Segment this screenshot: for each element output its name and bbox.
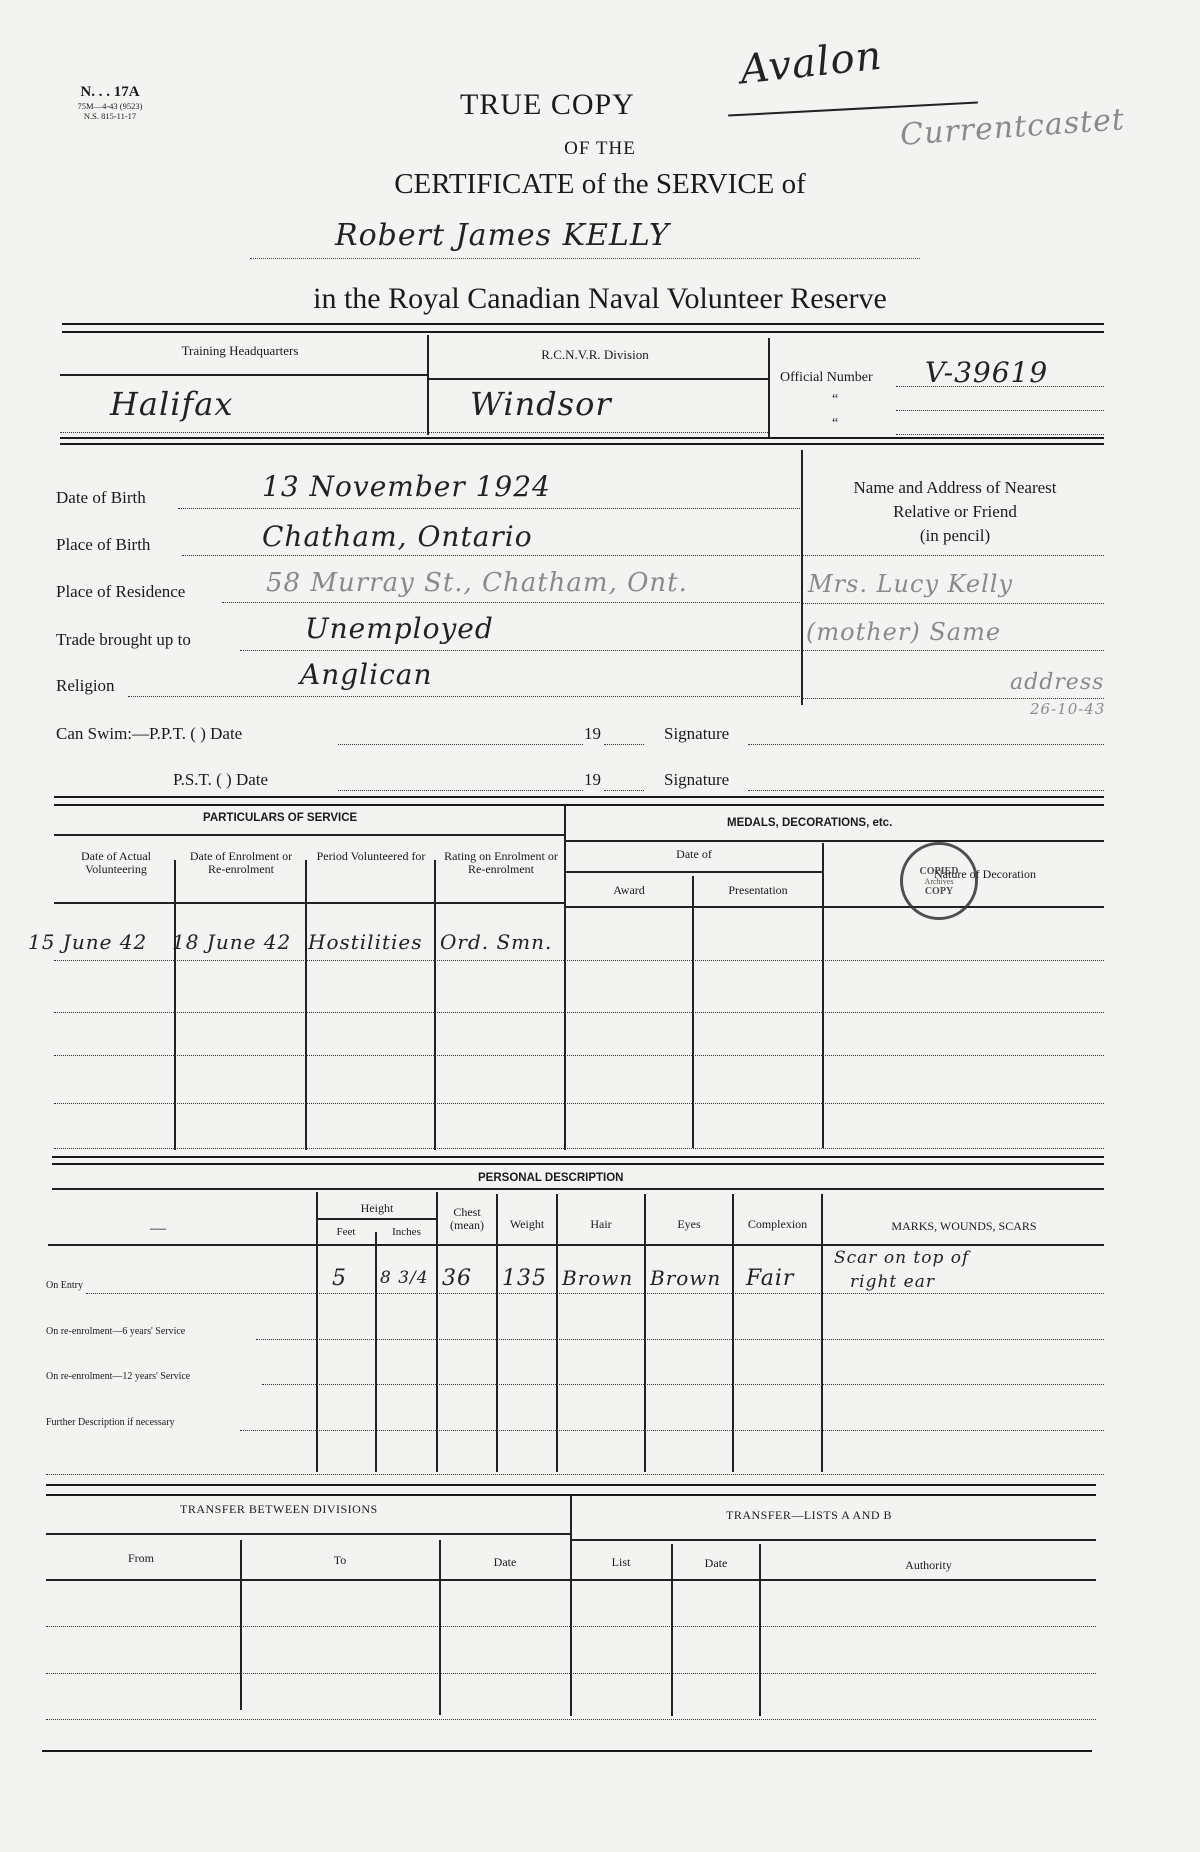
dotted-line [128,696,800,697]
description-title: PERSONAL DESCRIPTION [478,1172,623,1184]
divider [54,804,1104,806]
medals-award: Award [566,884,692,897]
transfer-divisions-title: TRANSFER BETWEEN DIVISIONS [180,1502,378,1517]
row-label-6-years: On re-enrolment—6 years' Service [46,1326,185,1337]
dotted-line [240,1430,1104,1431]
dotted-line [54,1012,1104,1013]
dotted-line [801,555,1104,556]
divider [62,331,1104,333]
divider [48,1244,1104,1246]
divider [801,450,803,705]
annotation-ship: Avalon [738,33,884,94]
divider [564,840,1104,842]
nok-header-line: (in pencil) [805,524,1105,548]
entry-eyes: Brown [650,1266,721,1290]
row-label-further: Further Description if necessary [46,1417,175,1428]
divider [427,335,429,435]
list-date-header: Date [673,1557,759,1570]
dotted-line [46,1626,1096,1627]
divider [434,860,436,1150]
divider [570,1539,1096,1541]
archives-stamp: COPIED Archives COPY [900,842,978,920]
ditto-mark: “ [832,392,838,408]
service-volunteer-date: 15 June 42 [28,930,147,954]
eyes-header: Eyes [646,1218,732,1231]
pob-value: Chatham, Ontario [262,520,533,553]
row-label-on-entry: On Entry [46,1280,83,1291]
division-label: R.C.N.V.R. Division [430,348,760,361]
division-value: Windsor [470,385,612,423]
pob-label: Place of Birth [56,535,150,555]
ns-code: N.S. 815-11-17 [60,111,160,121]
entry-complexion: Fair [746,1266,794,1291]
dotted-line [240,650,800,651]
service-period: Hostilities [308,930,423,954]
divider [564,871,822,873]
dotted-line [182,555,800,556]
description-dash: — [150,1220,166,1238]
form-number: N. . . 17A [60,84,160,101]
entry-weight: 135 [502,1266,547,1291]
entry-marks-2: right ear [850,1272,935,1292]
form-codes: N. . . 17A 75M—4-43 (9523) N.S. 815-11-1… [60,84,160,121]
divider [768,338,770,438]
divider [52,1156,1104,1158]
transfer-lists-title: TRANSFER—LISTS A AND B [726,1508,892,1523]
marks-header: MARKS, WOUNDS, SCARS [824,1220,1104,1233]
divider [62,323,1104,325]
subtitle: in the Royal Canadian Naval Volunteer Re… [0,282,1200,316]
entry-hair: Brown [562,1266,633,1290]
dotted-line [54,1103,1104,1104]
trade-value: Unemployed [305,612,494,645]
divider [60,437,1104,439]
can-swim-label: Can Swim:—P.P.T. ( ) Date [56,724,242,744]
dotted-line [178,508,800,509]
dotted-line [54,1055,1104,1056]
signature-label: Signature [664,770,729,790]
divider [305,860,307,1150]
service-col-header: Rating on Enrolment or Re-enrolment [440,850,562,876]
training-hq-label: Training Headquarters [60,344,420,357]
divider [54,796,1104,798]
transfer-from-header: From [46,1552,236,1565]
dotted-line [86,1293,1104,1294]
divider [46,1533,570,1535]
divider [375,1232,377,1472]
divider [54,902,564,904]
member-name: Robert James KELLY [335,218,670,253]
residence-label: Place of Residence [56,582,185,602]
nok-header: Name and Address of Nearest Relative or … [805,476,1105,548]
service-title: PARTICULARS OF SERVICE [203,812,357,824]
nok-line-2: (mother) Same [806,618,1001,646]
feet-header: Feet [318,1226,374,1239]
height-header: Height [318,1202,436,1215]
weight-header: Weight [498,1218,556,1231]
nok-date: 26-10-43 [1030,700,1105,718]
divider [42,1750,1092,1752]
dotted-line [46,1474,1104,1475]
dotted-line [222,602,800,603]
dotted-line [46,1719,1096,1720]
divider [46,1484,1096,1486]
dotted-line [748,744,1104,745]
dotted-line [801,698,1104,699]
service-rating: Ord. Smn. [440,930,552,954]
nok-line-3: address [1010,670,1104,695]
dotted-line [748,790,1104,791]
nok-line-1: Mrs. Lucy Kelly [808,570,1013,598]
dotted-line [604,790,644,791]
official-number-value: V-39619 [925,356,1048,389]
hair-header: Hair [558,1218,644,1231]
divider [570,1496,572,1716]
dotted-line [801,603,1104,604]
service-col-header: Date of Actual Volunteering [60,850,172,876]
authority-header: Authority [761,1559,1096,1572]
print-code: 75M—4-43 (9523) [60,101,160,111]
name-line: Robert James KELLY [250,226,920,256]
religion-value: Anglican [300,658,433,691]
dob-value: 13 November 1924 [262,470,551,503]
of-the: OF THE [0,138,1200,160]
stamp-text: COPIED [920,866,959,877]
chest-header: Chest (mean) [438,1206,496,1232]
service-enrolment-date: 18 June 42 [172,930,291,954]
entry-marks-1: Scar on top of [834,1248,969,1268]
divider [174,860,176,1150]
divider [52,1163,1104,1165]
year-prefix: 19 [584,770,601,790]
year-prefix: 19 [584,724,601,744]
divider [564,906,1104,908]
service-certificate: N. . . 17A 75M—4-43 (9523) N.S. 815-11-1… [0,0,1200,1852]
service-col-header: Date of Enrolment or Re-enrolment [180,850,302,876]
service-col-header: Period Volunteered for [310,850,432,863]
transfer-to-header: To [242,1554,438,1567]
certificate-title: CERTIFICATE of the SERVICE of [0,168,1200,201]
medals-date-of: Date of [566,848,822,861]
dotted-line [46,1673,1096,1674]
dotted-line [256,1339,1104,1340]
annotation-underline [728,101,978,116]
medals-title: MEDALS, DECORATIONS, etc. [727,817,892,829]
pst-label: P.S.T. ( ) Date [173,770,268,790]
row-label-12-years: On re-enrolment—12 years' Service [46,1371,190,1382]
official-number-label: Official Number [780,370,873,386]
dotted-line [54,1148,1104,1149]
religion-label: Religion [56,676,115,696]
nok-header-line: Name and Address of Nearest [805,476,1105,500]
dotted-line [896,410,1104,411]
dotted-line [54,960,1104,961]
divider [52,1188,1104,1190]
dotted-line [60,432,768,433]
stamp-text: Archives [925,877,954,886]
divider [60,443,1104,445]
dotted-line [262,1384,1104,1385]
nok-header-line: Relative or Friend [805,500,1105,524]
ditto-mark: “ [832,416,838,432]
divider [60,374,427,376]
signature-label: Signature [664,724,729,744]
dotted-line [338,744,583,745]
dotted-line [604,744,644,745]
trade-label: Trade brought up to [56,630,191,650]
entry-inches: 8 3/4 [380,1268,429,1288]
entry-chest: 36 [442,1266,472,1291]
complexion-header: Complexion [734,1218,821,1231]
medals-presentation: Presentation [694,884,822,897]
divider [318,1218,436,1220]
divider [427,378,768,380]
training-hq-value: Halifax [110,385,233,423]
list-header: List [572,1556,670,1569]
dotted-line [896,434,1104,435]
transfer-date-header: Date [441,1556,569,1569]
inches-header: Inches [377,1226,436,1239]
divider [46,1579,1096,1581]
true-copy-title: TRUE COPY [460,88,635,122]
stamp-text: COPY [925,886,953,897]
dotted-line [801,650,1104,651]
dob-label: Date of Birth [56,488,146,508]
residence-value: 58 Murray St., Chatham, Ont. [266,568,688,598]
dotted-line [338,790,583,791]
entry-feet: 5 [332,1266,347,1291]
divider [54,834,564,836]
